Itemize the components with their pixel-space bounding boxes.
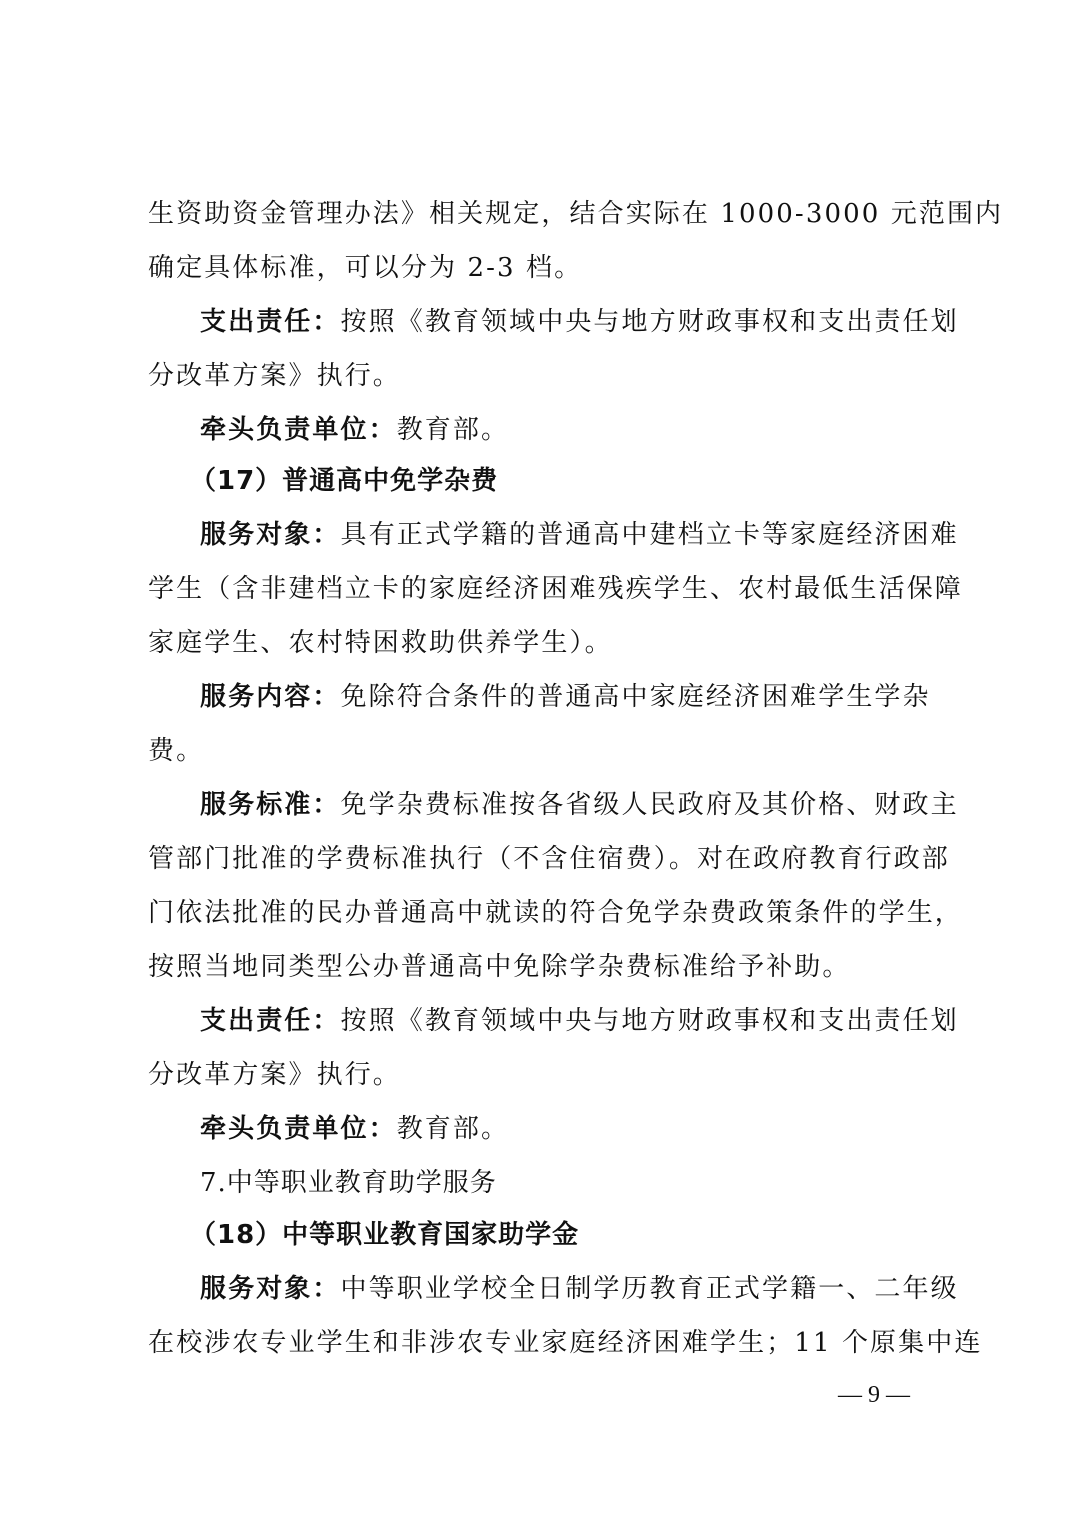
field-label: 支出责任： — [200, 1006, 341, 1036]
paragraph-line: 在校涉农专业学生和非涉农专业家庭经济困难学生；11 个原集中连 — [148, 1325, 930, 1361]
field-value: 按照《教育领域中央与地方财政事权和支出责任划 — [341, 1006, 959, 1036]
paragraph-line: 学生（含非建档立卡的家庭经济困难残疾学生、农村最低生活保障 — [148, 571, 930, 607]
field-value: 教育部。 — [397, 415, 509, 445]
field-value: 免除符合条件的普通高中家庭经济困难学生学杂 — [341, 682, 931, 712]
field-value: 教育部。 — [397, 1114, 509, 1144]
service-content-line: 服务内容：免除符合条件的普通高中家庭经济困难学生学杂 — [200, 679, 930, 715]
paragraph-line: 家庭学生、农村特困救助供养学生）。 — [148, 625, 930, 661]
section-heading-17: （17）普通高中免学杂费 — [190, 463, 972, 499]
field-value: 按照《教育领域中央与地方财政事权和支出责任划 — [341, 307, 959, 337]
paragraph-line: 分改革方案》执行。 — [148, 1057, 930, 1093]
field-label: 服务对象： — [200, 1274, 341, 1304]
paragraph-line: 按照当地同类型公办普通高中免除学杂费标准给予补助。 — [148, 949, 930, 985]
expenditure-responsibility-line: 支出责任：按照《教育领域中央与地方财政事权和支出责任划 — [200, 304, 930, 340]
paragraph-line: 生资助资金管理办法》相关规定，结合实际在 1000-3000 元范围内 — [148, 196, 930, 232]
expenditure-responsibility-line: 支出责任：按照《教育领域中央与地方财政事权和支出责任划 — [200, 1003, 930, 1039]
field-value: 具有正式学籍的普通高中建档立卡等家庭经济困难 — [341, 520, 959, 550]
field-value: 中等职业学校全日制学历教育正式学籍一、二年级 — [341, 1274, 959, 1304]
lead-department-line: 牵头负责单位：教育部。 — [200, 412, 930, 448]
service-target-line: 服务对象：中等职业学校全日制学历教育正式学籍一、二年级 — [200, 1271, 930, 1307]
paragraph-line: 费。 — [148, 733, 930, 769]
field-label: 服务标准： — [200, 790, 341, 820]
field-label: 牵头负责单位： — [200, 1114, 397, 1144]
paragraph-line: 确定具体标准，可以分为 2-3 档。 — [148, 250, 930, 286]
paragraph-line: 管部门批准的学费标准执行（不含住宿费）。对在政府教育行政部 — [148, 841, 930, 877]
paragraph-line: 分改革方案》执行。 — [148, 358, 930, 394]
field-label: 服务对象： — [200, 520, 341, 550]
field-label: 服务内容： — [200, 682, 341, 712]
subsection-heading-7: 7.中等职业教育助学服务 — [200, 1165, 930, 1201]
page-number: — 9 — — [838, 1378, 910, 1412]
field-label: 牵头负责单位： — [200, 415, 397, 445]
service-target-line: 服务对象：具有正式学籍的普通高中建档立卡等家庭经济困难 — [200, 517, 930, 553]
section-heading-18: （18）中等职业教育国家助学金 — [190, 1217, 972, 1253]
service-standard-line: 服务标准：免学杂费标准按各省级人民政府及其价格、财政主 — [200, 787, 930, 823]
field-value: 免学杂费标准按各省级人民政府及其价格、财政主 — [341, 790, 959, 820]
field-label: 支出责任： — [200, 307, 341, 337]
paragraph-line: 门依法批准的民办普通高中就读的符合免学杂费政策条件的学生， — [148, 895, 930, 931]
document-page: 生资助资金管理办法》相关规定，结合实际在 1000-3000 元范围内 确定具体… — [0, 0, 1074, 1520]
lead-department-line: 牵头负责单位：教育部。 — [200, 1111, 930, 1147]
